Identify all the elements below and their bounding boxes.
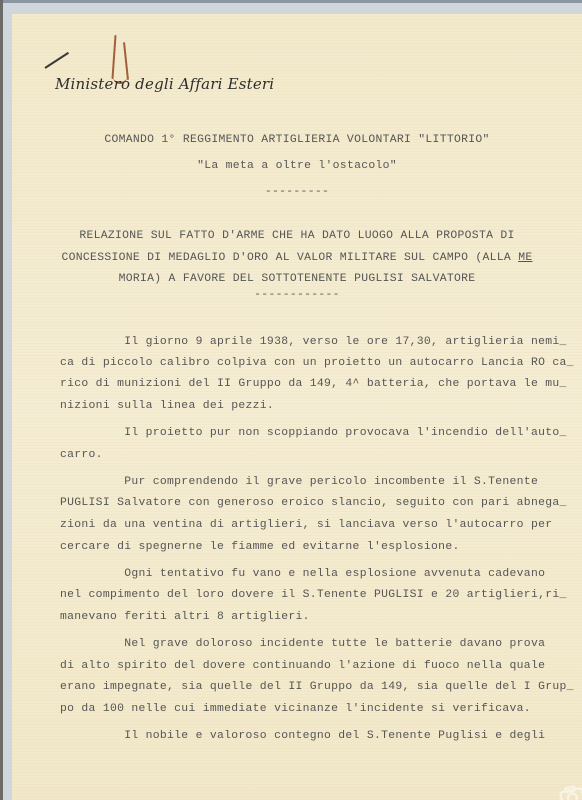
scan-border-left (0, 0, 3, 800)
body-line: di alto spirito del dovere continuando l… (60, 660, 545, 672)
body-line: carro. (60, 449, 103, 461)
body-line: rico di munizioni del II Gruppo da 149, … (60, 378, 567, 390)
letterhead: Ministero degli Affari Esteri (55, 75, 274, 93)
body-line: Il giorno 9 aprile 1938, verso le ore 17… (60, 336, 567, 348)
body-line: manevano feriti altri 8 artiglieri. (60, 611, 310, 623)
separator: ------------ (12, 289, 582, 301)
camera-icon (559, 785, 582, 800)
command-heading: COMANDO 1° REGGIMENTO ARTIGLIERIA VOLONT… (12, 134, 582, 146)
body-line: Il nobile e valoroso contegno del S.Tene… (60, 730, 545, 742)
ink-slash-mark (44, 52, 69, 69)
body-line: po da 100 nelle cui immediate vicinanze … (60, 703, 531, 715)
body-line: zioni da una ventina di artiglieri, si l… (60, 519, 552, 531)
body-line: nel compimento del loro dovere il S.Tene… (60, 589, 567, 601)
body-line: Ogni tentativo fu vano e nella esplosion… (60, 568, 545, 580)
body-line: ca di piccolo calibro colpiva con un pro… (60, 357, 574, 369)
motto: "La meta a oltre l'ostacolo" (12, 160, 582, 172)
body-line: Il proietto pur non scoppiando provocava… (60, 427, 567, 439)
separator: --------- (12, 186, 582, 198)
pencil-mark-stroke (111, 35, 116, 79)
scan-border-top (0, 0, 582, 3)
document-page: Ministero degli Affari Esteri COMANDO 1°… (12, 14, 582, 800)
body-line: nizioni sulla linea dei pezzi. (60, 400, 274, 412)
body-line: Nel grave doloroso incidente tutte le ba… (60, 638, 545, 650)
subject-line-1: RELAZIONE SUL FATTO D'ARME CHE HA DATO L… (12, 230, 582, 242)
body-line: cercare di spegnerne le fiamme ed evitar… (60, 541, 460, 553)
subject-line-3: MORIA) A FAVORE DEL SOTTOTENENTE PUGLISI… (12, 273, 582, 285)
body-line: Pur comprendendo il grave pericolo incom… (60, 476, 538, 488)
subject-line-2: CONCESSIONE DI MEDAGLIO D'ORO AL VALOR M… (12, 252, 582, 264)
body-line: PUGLISI Salvatore con generoso eroico sl… (60, 497, 567, 509)
subject-line-2-underlined: ME (518, 252, 532, 264)
subject-line-2-text: CONCESSIONE DI MEDAGLIO D'ORO AL VALOR M… (62, 252, 519, 264)
body-line: erano impegnate, sia quelle del II Grupp… (60, 681, 574, 693)
